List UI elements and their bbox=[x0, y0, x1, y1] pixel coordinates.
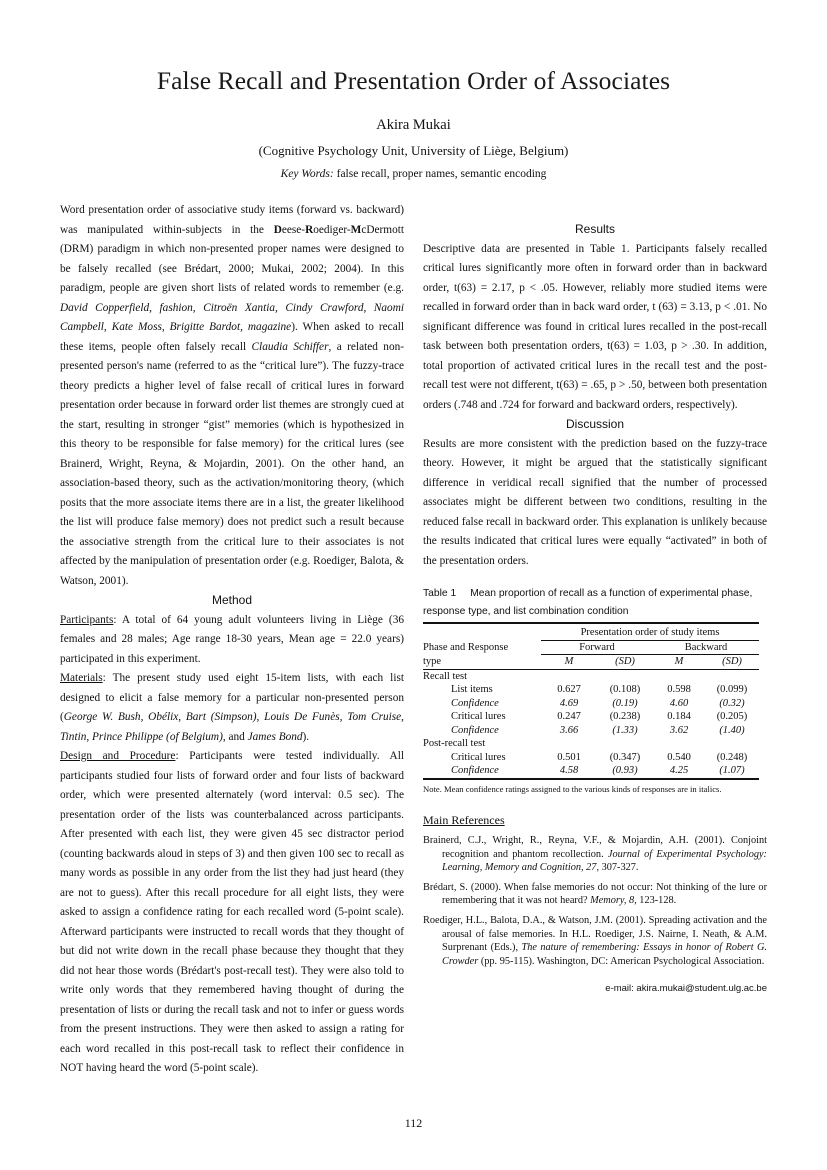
discussion-heading: Discussion bbox=[423, 415, 767, 435]
drm-initial-m: M bbox=[351, 224, 362, 236]
cell-backward-m: 0.540 bbox=[653, 751, 705, 765]
cell-backward-sd: (1.40) bbox=[705, 724, 759, 738]
table-group-row: Phase and Response Forward Backward bbox=[423, 640, 759, 655]
materials-last-name: James Bond bbox=[248, 731, 303, 743]
cell-backward-m: 3.62 bbox=[653, 724, 705, 738]
group-backward: Backward bbox=[653, 640, 759, 655]
design-text: : Participants were tested individually.… bbox=[60, 750, 404, 1074]
col-backward-sd: (SD) bbox=[705, 655, 759, 670]
table-caption-text: Mean proportion of recall as a function … bbox=[423, 588, 752, 617]
section-post-recall-test: Post-recall test bbox=[423, 737, 759, 751]
cell-forward-m: 0.627 bbox=[541, 683, 597, 697]
table-spanner: Presentation order of study items bbox=[541, 623, 759, 640]
row-header-line1: Phase and Response bbox=[423, 640, 541, 655]
cell-forward-m: 4.69 bbox=[541, 697, 597, 711]
author-affiliation: (Cognitive Psychology Unit, University o… bbox=[0, 143, 827, 159]
participants-paragraph: Participants: A total of 64 young adult … bbox=[60, 611, 404, 670]
reference-source: Memory, 8, bbox=[590, 895, 637, 906]
cell-forward-sd: (0.93) bbox=[597, 764, 653, 779]
cell-forward-sd: (0.19) bbox=[597, 697, 653, 711]
table-row: Confidence 4.69 (0.19) 4.60 (0.32) bbox=[423, 697, 759, 711]
cell-forward-m: 3.66 bbox=[541, 724, 597, 738]
row-header-line2: type bbox=[423, 655, 541, 670]
results-heading: Results bbox=[423, 220, 767, 240]
reference-pages: 307-327. bbox=[599, 862, 638, 873]
intro-text: eese- bbox=[282, 224, 305, 236]
design-paragraph: Design and Procedure: Participants were … bbox=[60, 747, 404, 1079]
cell-backward-sd: (0.248) bbox=[705, 751, 759, 765]
drm-initial-d: D bbox=[274, 224, 282, 236]
table-1: Table 1Mean proportion of recall as a fu… bbox=[423, 585, 767, 796]
right-column: Results Descriptive data are presented i… bbox=[423, 220, 767, 996]
table-spanner-row: Presentation order of study items bbox=[423, 623, 759, 640]
cell-forward-sd: (0.347) bbox=[597, 751, 653, 765]
table-row: Confidence 4.58 (0.93) 4.25 (1.07) bbox=[423, 764, 759, 779]
materials-label: Materials bbox=[60, 672, 103, 684]
references-heading: Main References bbox=[423, 814, 767, 828]
table-row: Confidence 3.66 (1.33) 3.62 (1.40) bbox=[423, 724, 759, 738]
cell-backward-sd: (0.205) bbox=[705, 710, 759, 724]
cell-backward-sd: (1.07) bbox=[705, 764, 759, 779]
reference-item: Roediger, H.L., Balota, D.A., & Watson, … bbox=[423, 914, 767, 968]
row-label: Critical lures bbox=[423, 751, 541, 765]
col-forward-sd: (SD) bbox=[597, 655, 653, 670]
cell-forward-m: 0.501 bbox=[541, 751, 597, 765]
drm-initial-r: R bbox=[305, 224, 313, 236]
table-section-row: Post-recall test bbox=[423, 737, 759, 751]
table-column-header-row: type M (SD) M (SD) bbox=[423, 655, 759, 670]
table-note: Note. Mean confidence ratings assigned t… bbox=[423, 782, 767, 796]
keywords-label: Key Words: bbox=[281, 168, 334, 180]
cell-forward-m: 0.247 bbox=[541, 710, 597, 724]
cell-forward-sd: (0.238) bbox=[597, 710, 653, 724]
intro-text: , a related non-presented person's name … bbox=[60, 341, 404, 587]
table-caption: Table 1Mean proportion of recall as a fu… bbox=[423, 585, 767, 621]
keywords-line: Key Words: false recall, proper names, s… bbox=[0, 168, 827, 180]
results-paragraph: Descriptive data are presented in Table … bbox=[423, 240, 767, 416]
method-heading: Method bbox=[60, 591, 404, 611]
participants-label: Participants bbox=[60, 614, 113, 626]
example-critical-lure: Claudia Schiffer bbox=[252, 341, 329, 353]
cell-backward-m: 0.598 bbox=[653, 683, 705, 697]
materials-paragraph: Materials: The present study used eight … bbox=[60, 669, 404, 747]
row-label: Confidence bbox=[423, 724, 541, 738]
cell-backward-m: 4.60 bbox=[653, 697, 705, 711]
col-forward-m: M bbox=[541, 655, 597, 670]
design-label: Design and Procedure bbox=[60, 750, 175, 762]
references-section: Main References Brainerd, C.J., Wright, … bbox=[423, 814, 767, 997]
author-email[interactable]: e-mail: akira.mukai@student.ulg.ac.be bbox=[423, 982, 767, 996]
cell-forward-sd: (0.108) bbox=[597, 683, 653, 697]
cell-backward-sd: (0.099) bbox=[705, 683, 759, 697]
author-name: Akira Mukai bbox=[0, 117, 827, 134]
reference-item: Brédart, S. (2000). When false memories … bbox=[423, 881, 767, 908]
table-row: Critical lures 0.247 (0.238) 0.184 (0.20… bbox=[423, 710, 759, 724]
table-row: List items 0.627 (0.108) 0.598 (0.099) bbox=[423, 683, 759, 697]
left-column: Word presentation order of associative s… bbox=[60, 201, 404, 1079]
group-forward: Forward bbox=[541, 640, 653, 655]
row-label: Critical lures bbox=[423, 710, 541, 724]
intro-text: oediger- bbox=[313, 224, 350, 236]
results-table: Presentation order of study items Phase … bbox=[423, 622, 759, 780]
cell-forward-m: 4.58 bbox=[541, 764, 597, 779]
page-number: 112 bbox=[0, 1116, 827, 1131]
table-row: Critical lures 0.501 (0.347) 0.540 (0.24… bbox=[423, 751, 759, 765]
row-label: List items bbox=[423, 683, 541, 697]
reference-item: Brainerd, C.J., Wright, R., Reyna, V.F.,… bbox=[423, 834, 767, 875]
materials-text: , and bbox=[223, 731, 248, 743]
keywords-text: false recall, proper names, semantic enc… bbox=[337, 168, 547, 180]
table-section-row: Recall test bbox=[423, 669, 759, 683]
section-recall-test: Recall test bbox=[423, 669, 759, 683]
cell-backward-sd: (0.32) bbox=[705, 697, 759, 711]
materials-text: ). bbox=[303, 731, 310, 743]
paper-title: False Recall and Presentation Order of A… bbox=[0, 66, 827, 96]
cell-backward-m: 4.25 bbox=[653, 764, 705, 779]
intro-paragraph: Word presentation order of associative s… bbox=[60, 201, 404, 591]
reference-pages: 123-128. bbox=[637, 895, 676, 906]
reference-pages: (pp. 95-115). Washington, DC: American P… bbox=[478, 956, 764, 967]
cell-backward-m: 0.184 bbox=[653, 710, 705, 724]
table-number: Table 1 bbox=[423, 588, 456, 599]
row-label: Confidence bbox=[423, 697, 541, 711]
cell-forward-sd: (1.33) bbox=[597, 724, 653, 738]
col-backward-m: M bbox=[653, 655, 705, 670]
discussion-paragraph: Results are more consistent with the pre… bbox=[423, 435, 767, 572]
row-label: Confidence bbox=[423, 764, 541, 779]
